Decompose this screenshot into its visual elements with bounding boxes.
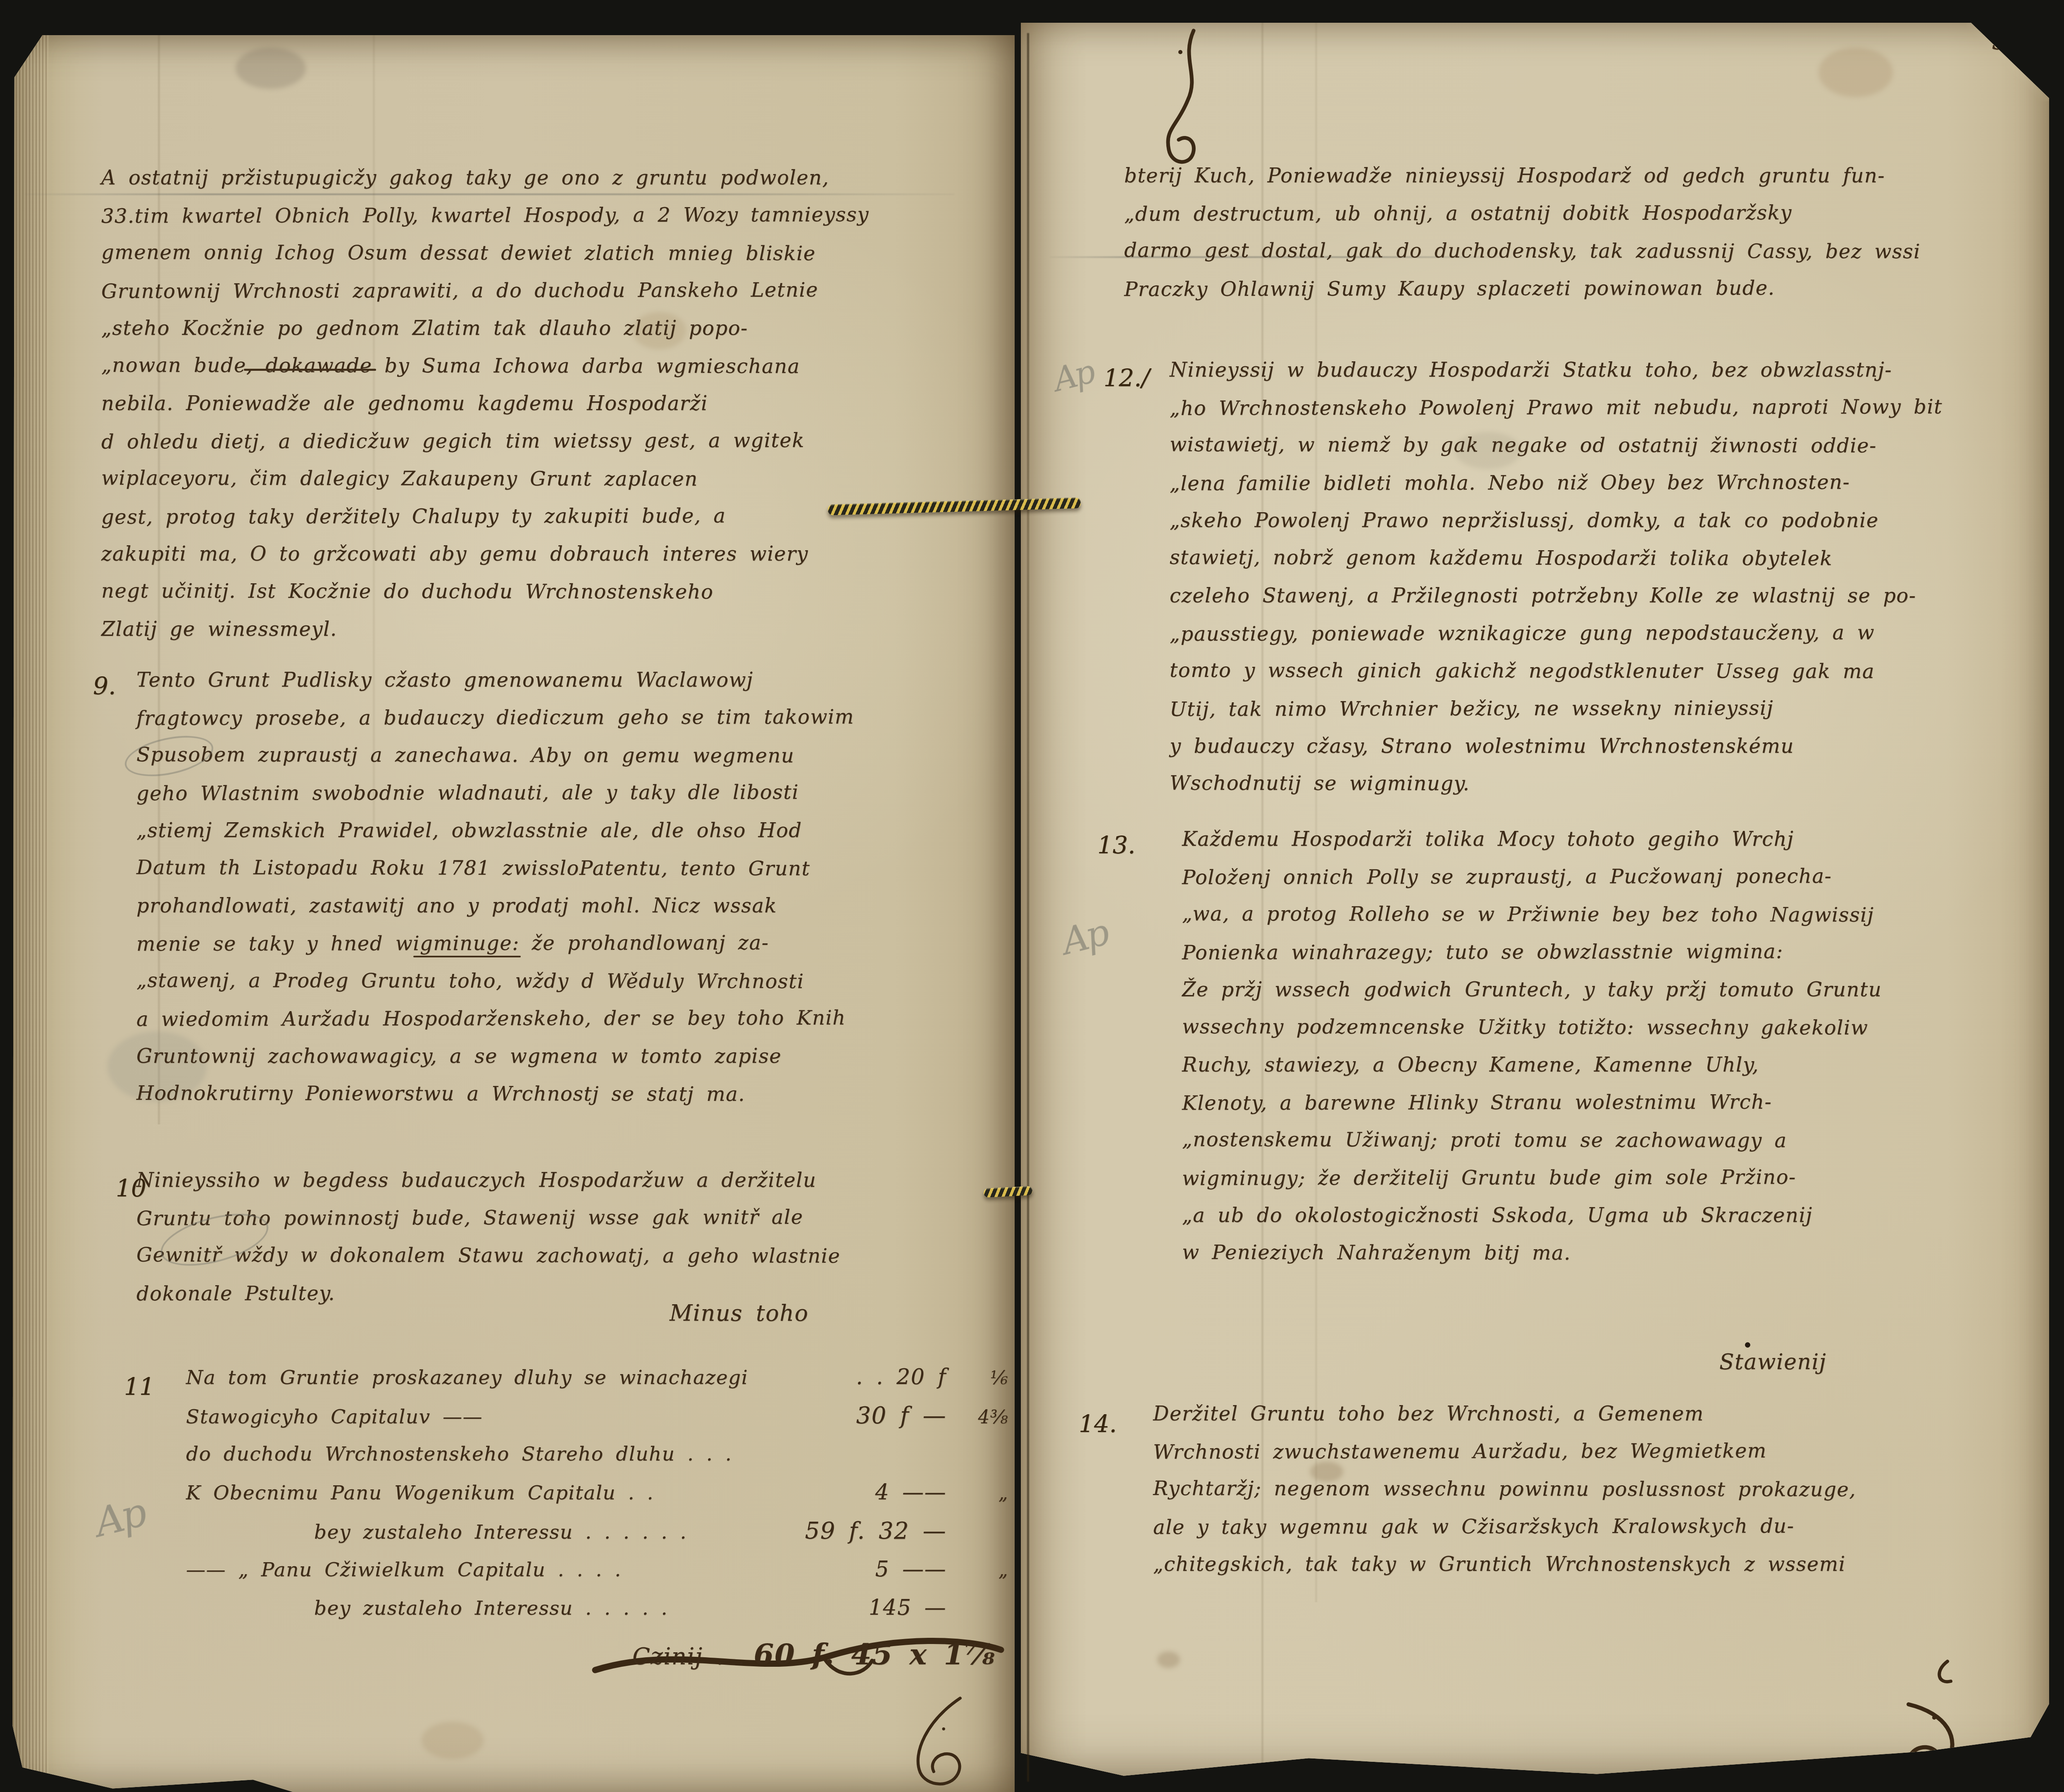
text-line: Gruntownij zachowawagicy, a se wgmena w … <box>136 1038 854 1075</box>
ink-blot <box>1745 1342 1750 1348</box>
text-line: Datum th Listopadu Roku 1781 zwissloPate… <box>136 849 854 888</box>
ledger-row-label: do duchodu Wrchnostenskeho Stareho dluhu… <box>186 1435 732 1473</box>
paragraph-number-14: 14. <box>1079 1410 1117 1438</box>
ink-overline-1781 <box>413 956 521 957</box>
text-line: „stiemj Zemskich Prawidel, obwzlasstnie … <box>136 812 854 849</box>
ledger-row: —— „ Panu Cžiwielkum Capitalu . . . .5 —… <box>186 1550 1008 1589</box>
text-line: „wa, a protog Rolleho se w Pržiwnie bey … <box>1182 895 1882 934</box>
end-flourish-right <box>1885 1656 1980 1792</box>
ledger-row-amount: „ <box>946 1474 1008 1513</box>
text-line: „chitegskich, tak taky w Gruntich Wrchno… <box>1153 1546 1856 1583</box>
text-line: tomto y wssech ginich gakichž negodstkle… <box>1170 651 1942 690</box>
text-line: geho Wlastnim swobodnie wladnauti, ale y… <box>136 773 854 813</box>
text-line: Gruntownij Wrchnosti zaprawiti, a do duc… <box>101 271 869 310</box>
text-line: Deržitel Gruntu toho bez Wrchnosti, a Ge… <box>1153 1395 1856 1433</box>
text-line: „dum destructum, ub ohnij, a ostatnij do… <box>1124 194 1921 233</box>
text-line: gest, protog taky deržitely Chalupy ty z… <box>101 497 869 536</box>
ledger-row-label: bey zustaleho Interessu . . . . . . <box>186 1513 687 1551</box>
text-line: Utij, tak nimo Wrchnier bežicy, ne wssek… <box>1170 689 1942 728</box>
paragraph-intro-left: A ostatnij pržistupugicžy gakog taky ge … <box>101 159 869 648</box>
text-line: wigminugy; že deržitelij Gruntu bude gim… <box>1182 1158 1882 1198</box>
text-line: wiplaceyoru, čim dalegicy Zakaupeny Grun… <box>101 459 869 498</box>
ledger-total: Czinij . . 60 f. 45 x 1⅞ <box>632 1637 996 1671</box>
text-line: Ninieyssiho w begdess budauczych Hospoda… <box>136 1162 840 1199</box>
text-line: Zlatij ge winessmeyl. <box>101 611 869 648</box>
text-line: w Penieziych Nahraženym bitj ma. <box>1182 1234 1882 1273</box>
manuscript-scan: A ostatnij pržistupugicžy gakog taky ge … <box>0 0 2064 1792</box>
dog-eared-corner <box>1966 23 2049 101</box>
text-line: „lena familie bidleti mohla. Nebo niž Ob… <box>1170 463 1942 503</box>
ledger-row-amount: 5 —— <box>875 1550 946 1589</box>
text-line: „ho Wrchnostenskeho Powolenj Prawo mit n… <box>1170 388 1942 427</box>
text-line: Praczky Ohlawnij Sumy Kaupy splaczeti po… <box>1124 269 1921 308</box>
paragraph-intro-right: bterij Kuch, Poniewadže ninieyssij Hospo… <box>1124 157 1921 308</box>
paragraph-number-12: 12./ <box>1104 364 1150 392</box>
text-line: 33.tim kwartel Obnich Polly, kwartel Hos… <box>101 196 869 235</box>
ledger-row-label: Na tom Gruntie proskazaney dluhy se wina… <box>186 1358 748 1397</box>
text-line: Položenj onnich Polly se zupraustj, a Pu… <box>1182 857 1882 897</box>
left-page: A ostatnij pržistupugicžy gakog taky ge … <box>12 35 1015 1792</box>
debt-ledger: Na tom Gruntie proskazaney dluhy se wina… <box>186 1358 1008 1627</box>
minus-note: Minus toho <box>670 1300 809 1326</box>
paragraph-number-9: 9. <box>93 672 116 700</box>
paragraph-number-11: 11 <box>124 1372 155 1401</box>
paragraph-13: Každemu Hospodarži tolika Mocy tohoto ge… <box>1182 821 1882 1272</box>
ledger-row-amount: 4⅜ <box>946 1398 1008 1436</box>
ledger-row-amount: ⅙ <box>946 1359 1008 1397</box>
page-stack-edge <box>12 35 49 1792</box>
text-line: d ohledu dietj, a diedicžuw gegich tim w… <box>101 422 869 461</box>
ledger-row-amount: „ <box>946 1551 1008 1589</box>
ledger-row: K Obecnimu Panu Wogenikum Capitalu . .4 … <box>186 1473 1008 1512</box>
page-number: 37. <box>1992 27 2032 55</box>
ledger-row: Stawogicyho Capitaluv ——30 f —4⅜ <box>186 1396 1008 1435</box>
text-line: Spusobem zupraustj a zanechawa. Aby on g… <box>136 736 854 775</box>
stain <box>236 48 306 89</box>
catchword: Stawienij <box>1719 1350 1826 1374</box>
stain <box>1157 1651 1180 1668</box>
text-line: Každemu Hospodarži tolika Mocy tohoto ge… <box>1182 821 1882 858</box>
text-line: A ostatnij pržistupugicžy gakog taky ge … <box>101 159 869 197</box>
text-line: czeleho Stawenj, a Pržilegnosti potržebn… <box>1170 577 1942 615</box>
ledger-row: bey zustaleho Interessu . . . . . .59 f.… <box>186 1512 1008 1550</box>
text-line: gmenem onnig Ichog Osum dessat dewiet zl… <box>101 234 869 272</box>
text-line: Ruchy, stawiezy, a Obecny Kamene, Kamenn… <box>1182 1046 1882 1084</box>
pencil-monogram: Ap <box>1058 911 1111 963</box>
paragraph-12: Ninieyssij w budauczy Hospodarži Statku … <box>1170 351 1942 803</box>
text-line: Wrchnosti zwuchstawenemu Auržadu, bez We… <box>1153 1432 1856 1471</box>
ledger-row-amount: 30 f — <box>856 1396 946 1435</box>
text-line: a wiedomim Auržadu Hospodarženskeho, der… <box>136 999 854 1038</box>
text-line: „pausstiegy, poniewade wznikagicze gung … <box>1170 614 1942 653</box>
text-line: „nowan bude, dokawade by Suma Ichowa dar… <box>101 346 869 385</box>
text-line: „steho Kocžnie po gednom Zlatim tak dlau… <box>101 310 869 347</box>
paragraph-9: Tento Grunt Pudlisky cžasto gmenowanemu … <box>136 661 854 1113</box>
total-value: 60 f. 45 x 1⅞ <box>753 1637 995 1671</box>
text-line: Rychtaržj; negenom wssechnu powinnu posl… <box>1153 1470 1856 1509</box>
text-line: wistawietj, w niemž by gak negake od ost… <box>1170 426 1942 465</box>
text-line: Ninieyssij w budauczy Hospodarži Statku … <box>1170 351 1942 389</box>
gutter-flourish <box>1153 25 1211 174</box>
ledger-row-label: —— „ Panu Cžiwielkum Capitalu . . . . <box>186 1551 622 1589</box>
ink-underline <box>244 369 376 371</box>
text-line: Hodnokrutirny Ponieworstwu a Wrchnostj s… <box>136 1074 854 1113</box>
text-line: „nostenskemu Užiwanj; proti tomu se zach… <box>1182 1121 1882 1160</box>
pencil-monogram: Ap <box>1050 353 1097 399</box>
text-line: „a ub do okolostogicžnosti Sskoda, Ugma … <box>1182 1197 1882 1234</box>
ledger-row-label: K Obecnimu Panu Wogenikum Capitalu . . <box>186 1474 654 1512</box>
paragraph-number-13: 13. <box>1097 831 1135 859</box>
text-line: stawietj, nobrž genom každemu Hospodarži… <box>1170 539 1942 577</box>
pencil-monogram: Ap <box>90 1489 149 1546</box>
text-line: darmo gest dostal, gak do duchodensky, t… <box>1124 231 1921 270</box>
ledger-row-amount: 4 —— <box>875 1473 946 1512</box>
text-line: Wschodnutij se wigminugy. <box>1170 764 1942 803</box>
text-line: „skeho Powolenj Prawo nepržislussj, domk… <box>1170 502 1942 539</box>
text-line: Ponienka winahrazegy; tuto se obwzlasstn… <box>1182 933 1882 972</box>
ledger-row-amount: 59 f. 32 — <box>805 1512 946 1550</box>
text-line: ale y taky wgemnu gak w Cžisaržskych Kra… <box>1153 1507 1856 1546</box>
ledger-row-label: Stawogicyho Capitaluv —— <box>186 1398 483 1436</box>
text-line: nebila. Poniewadže ale gednomu kagdemu H… <box>101 385 869 422</box>
ledger-row: Na tom Gruntie proskazaney dluhy se wina… <box>186 1358 1008 1396</box>
text-line: negt učinitj. Ist Kocžnie do duchodu Wrc… <box>101 572 869 611</box>
right-page: 37. bterij Kuch, Poniewadže ninieyssij H… <box>1021 23 2049 1778</box>
stain <box>1819 48 1893 97</box>
text-line: Klenoty, a barewne Hlinky Stranu wolestn… <box>1182 1083 1882 1122</box>
gutter-crease <box>1027 33 1029 1782</box>
text-line: „stawenj, a Prodeg Gruntu toho, wždy d W… <box>136 962 854 1000</box>
text-line: prohandlowati, zastawitj ano y prodatj m… <box>136 887 854 925</box>
ledger-row: do duchodu Wrchnostenskeho Stareho dluhu… <box>186 1435 1008 1473</box>
text-line: Tento Grunt Pudlisky cžasto gmenowanemu … <box>136 661 854 699</box>
paragraph-14: Deržitel Gruntu toho bez Wrchnosti, a Ge… <box>1153 1395 1856 1583</box>
total-label: Czinij . . <box>632 1643 746 1670</box>
ledger-row-amount: . . 20 f <box>856 1358 946 1396</box>
end-flourish-left <box>884 1693 988 1792</box>
text-line: fragtowcy prosebe, a budauczy diediczum … <box>136 698 854 737</box>
text-line: Že pržj wssech godwich Gruntech, y taky … <box>1182 971 1882 1009</box>
text-line: wssechny podzemncenske Užitky totižto: w… <box>1182 1008 1882 1047</box>
text-line: zakupiti ma, O to gržcowati aby gemu dob… <box>101 535 869 573</box>
text-line: y budauczy cžasy, Strano wolestnimu Wrch… <box>1170 728 1942 765</box>
stain <box>422 1722 484 1759</box>
text-line: bterij Kuch, Poniewadže ninieyssij Hospo… <box>1124 157 1921 195</box>
